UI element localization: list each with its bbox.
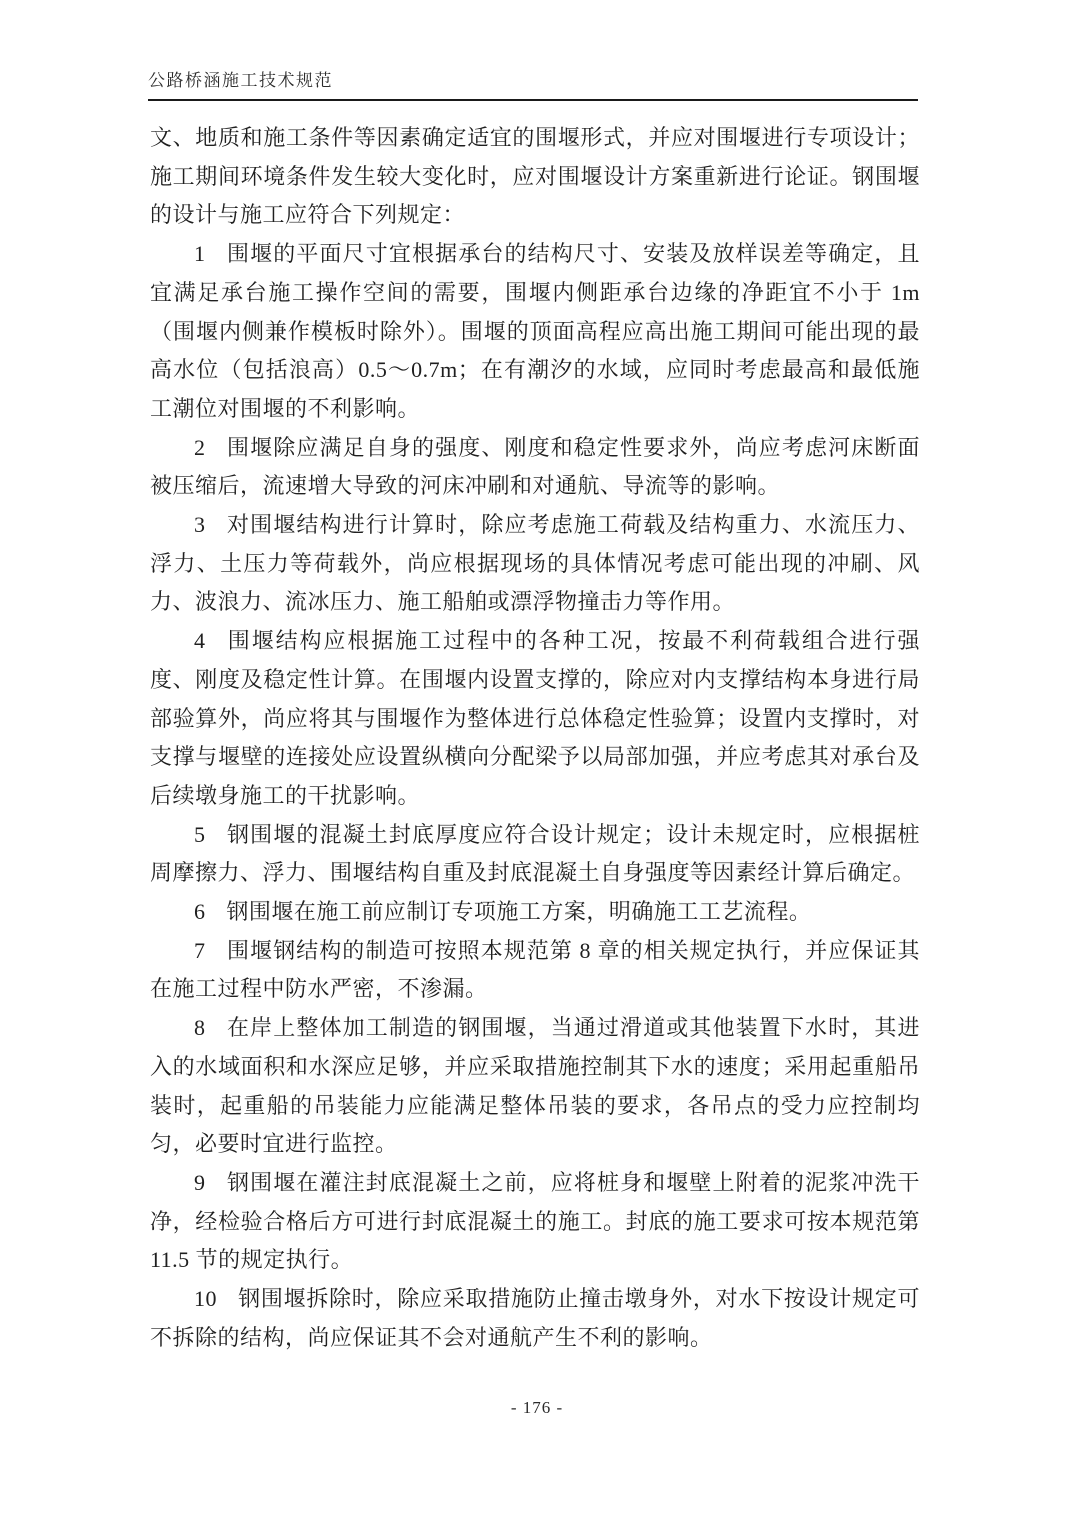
clause-text: 钢围堰在施工前应制订专项施工方案，明确施工工艺流程。 <box>226 899 811 924</box>
clause-text: 对围堰结构进行计算时，除应考虑施工荷载及结构重力、水流压力、浮力、土压力等荷载外… <box>150 512 920 614</box>
paragraph-continuation: 文、地质和施工条件等因素确定适宜的围堰形式，并应对围堰进行专项设计；施工期间环境… <box>150 119 920 235</box>
clause-number: 3 <box>194 512 206 537</box>
page-number: - 176 - <box>511 1398 563 1417</box>
clause-item-6: 6钢围堰在施工前应制订专项施工方案，明确施工工艺流程。 <box>150 893 920 932</box>
document-body: 文、地质和施工条件等因素确定适宜的围堰形式，并应对围堰进行专项设计；施工期间环境… <box>150 119 920 1358</box>
running-header-title: 公路桥涵施工技术规范 <box>148 71 333 90</box>
clause-number: 9 <box>194 1170 206 1195</box>
clause-number: 7 <box>194 938 206 963</box>
clause-number: 2 <box>194 435 206 460</box>
clause-item-3: 3对围堰结构进行计算时，除应考虑施工荷载及结构重力、水流压力、浮力、土压力等荷载… <box>150 506 920 622</box>
clause-text: 在岸上整体加工制造的钢围堰，当通过滑道或其他装置下水时，其进入的水域面积和水深应… <box>150 1015 920 1156</box>
clause-text: 围堰的平面尺寸宜根据承台的结构尺寸、安装及放样误差等确定，且宜满足承台施工操作空… <box>150 241 920 421</box>
clause-text: 钢围堰的混凝土封底厚度应符合设计规定；设计未规定时，应根据桩周摩擦力、浮力、围堰… <box>150 822 920 886</box>
clause-text: 围堰结构应根据施工过程中的各种工况，按最不利荷载组合进行强度、刚度及稳定性计算。… <box>150 628 920 808</box>
clause-item-5: 5钢围堰的混凝土封底厚度应符合设计规定；设计未规定时，应根据桩周摩擦力、浮力、围… <box>150 816 920 893</box>
clause-number: 5 <box>194 822 206 847</box>
page-footer: - 176 - <box>0 1398 1074 1418</box>
clause-text: 钢围堰拆除时，除应采取措施防止撞击墩身外，对水下按设计规定可不拆除的结构，尚应保… <box>150 1286 920 1350</box>
clause-number: 10 <box>194 1286 217 1311</box>
document-page: 公路桥涵施工技术规范 文、地质和施工条件等因素确定适宜的围堰形式，并应对围堰进行… <box>0 0 1074 1520</box>
clause-item-9: 9钢围堰在灌注封底混凝土之前，应将桩身和堰壁上附着的泥浆冲洗干净，经检验合格后方… <box>150 1164 920 1280</box>
clause-number: 8 <box>194 1015 206 1040</box>
clause-text: 钢围堰在灌注封底混凝土之前，应将桩身和堰壁上附着的泥浆冲洗干净，经检验合格后方可… <box>150 1170 920 1272</box>
clause-item-1: 1围堰的平面尺寸宜根据承台的结构尺寸、安装及放样误差等确定，且宜满足承台施工操作… <box>150 235 920 429</box>
clause-number: 1 <box>194 241 206 266</box>
clause-text: 围堰除应满足自身的强度、刚度和稳定性要求外，尚应考虑河床断面被压缩后，流速增大导… <box>150 435 920 499</box>
clause-item-10: 10钢围堰拆除时，除应采取措施防止撞击墩身外，对水下按设计规定可不拆除的结构，尚… <box>150 1280 920 1357</box>
clause-text: 围堰钢结构的制造可按照本规范第 8 章的相关规定执行，并应保证其在施工过程中防水… <box>150 938 920 1002</box>
clause-item-2: 2围堰除应满足自身的强度、刚度和稳定性要求外，尚应考虑河床断面被压缩后，流速增大… <box>150 429 920 506</box>
clause-item-7: 7围堰钢结构的制造可按照本规范第 8 章的相关规定执行，并应保证其在施工过程中防… <box>150 932 920 1009</box>
clause-number: 4 <box>194 628 206 653</box>
clause-number: 6 <box>194 899 206 924</box>
clause-item-4: 4围堰结构应根据施工过程中的各种工况，按最不利荷载组合进行强度、刚度及稳定性计算… <box>150 622 920 816</box>
page-header: 公路桥涵施工技术规范 <box>148 66 918 101</box>
clause-item-8: 8在岸上整体加工制造的钢围堰，当通过滑道或其他装置下水时，其进入的水域面积和水深… <box>150 1009 920 1164</box>
